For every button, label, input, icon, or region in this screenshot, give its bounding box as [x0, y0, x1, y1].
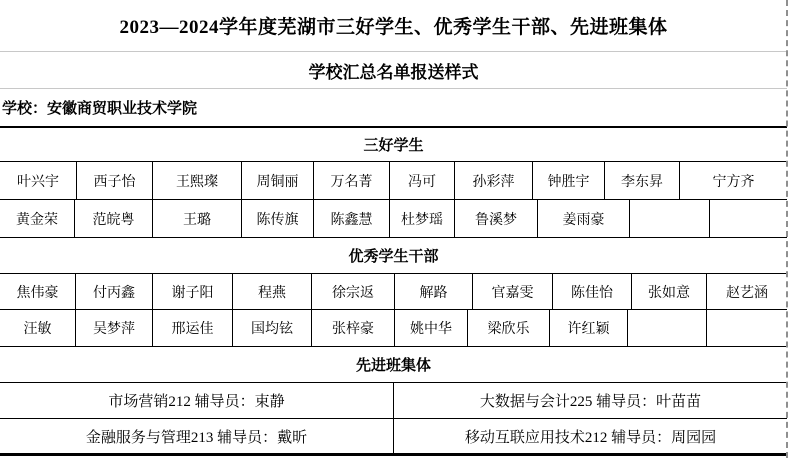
document-subtitle: 学校汇总名单报送样式 [0, 52, 787, 89]
empty-cell [630, 200, 710, 237]
student-name-cell: 吴梦萍 [76, 310, 153, 346]
class-cell: 大数据与会计225 辅导员：叶苗苗 [394, 383, 787, 418]
student-name-cell: 鲁溪梦 [455, 200, 538, 237]
student-name-cell: 杜梦瑶 [390, 200, 455, 237]
school-line: 学校：安徽商贸职业技术学院 [0, 89, 787, 128]
student-name-cell: 万名菁 [314, 162, 390, 199]
student-name-cell: 邢运佳 [153, 310, 233, 346]
section-header-banjiti: 先进班集体 [0, 347, 787, 383]
student-row: 叶兴宇 西子怡 王熙璨 周铜丽 万名菁 冯可 孙彩萍 钟胜宇 李东昇 宁方齐 [0, 162, 787, 200]
summary-table: 2023—2024学年度芜湖市三好学生、优秀学生干部、先进班集体 学校汇总名单报… [0, 0, 787, 456]
student-name-cell: 陈鑫慧 [314, 200, 390, 237]
student-name-cell: 赵艺涵 [707, 274, 787, 309]
student-name-cell: 徐宗返 [312, 274, 395, 309]
class-cell: 金融服务与管理213 辅导员：戴昕 [0, 419, 394, 453]
class-row: 金融服务与管理213 辅导员：戴昕 移动互联应用技术212 辅导员：周园园 [0, 419, 787, 456]
student-row: 汪敏 吴梦萍 邢运佳 国均铉 张梓豪 姚中华 梁欣乐 许红颖 [0, 310, 787, 347]
student-name-cell: 程燕 [233, 274, 312, 309]
student-name-cell: 王熙璨 [153, 162, 242, 199]
student-row: 黄金荣 范皖粤 王璐 陈传旗 陈鑫慧 杜梦瑶 鲁溪梦 姜雨豪 [0, 200, 787, 238]
empty-cell [707, 310, 787, 346]
class-row: 市场营销212 辅导员：束静 大数据与会计225 辅导员：叶苗苗 [0, 383, 787, 419]
student-name-cell: 陈传旗 [242, 200, 314, 237]
student-name-cell: 西子怡 [77, 162, 153, 199]
student-name-cell: 付丙鑫 [76, 274, 153, 309]
student-name-cell: 冯可 [390, 162, 455, 199]
student-name-cell: 叶兴宇 [0, 162, 77, 199]
student-name-cell: 王璐 [153, 200, 242, 237]
student-name-cell: 张梓豪 [312, 310, 395, 346]
section-header-sanhao: 三好学生 [0, 128, 787, 162]
student-row: 焦伟豪 付丙鑫 谢子阳 程燕 徐宗返 解路 官嘉雯 陈佳怡 张如意 赵艺涵 [0, 274, 787, 310]
student-name-cell: 张如意 [632, 274, 707, 309]
student-name-cell: 官嘉雯 [473, 274, 553, 309]
student-name-cell: 解路 [395, 274, 473, 309]
section-header-ganbu: 优秀学生干部 [0, 238, 787, 274]
empty-cell [710, 200, 787, 237]
student-name-cell: 国均铉 [233, 310, 312, 346]
student-name-cell: 黄金荣 [0, 200, 75, 237]
document-title: 2023—2024学年度芜湖市三好学生、优秀学生干部、先进班集体 [0, 0, 787, 52]
student-name-cell: 周铜丽 [242, 162, 314, 199]
student-name-cell: 陈佳怡 [553, 274, 632, 309]
student-name-cell: 宁方齐 [680, 162, 787, 199]
student-name-cell: 谢子阳 [153, 274, 233, 309]
student-name-cell: 姜雨豪 [538, 200, 630, 237]
student-name-cell: 汪敏 [0, 310, 76, 346]
page-boundary-dashed-line [786, 0, 788, 458]
empty-cell [628, 310, 707, 346]
student-name-cell: 姚中华 [395, 310, 468, 346]
student-name-cell: 孙彩萍 [455, 162, 533, 199]
student-name-cell: 许红颖 [550, 310, 628, 346]
student-name-cell: 焦伟豪 [0, 274, 76, 309]
class-cell: 市场营销212 辅导员：束静 [0, 383, 394, 418]
class-cell: 移动互联应用技术212 辅导员：周园园 [394, 419, 787, 453]
student-name-cell: 范皖粤 [75, 200, 153, 237]
student-name-cell: 李东昇 [605, 162, 680, 199]
student-name-cell: 钟胜宇 [533, 162, 605, 199]
document-page: 2023—2024学年度芜湖市三好学生、优秀学生干部、先进班集体 学校汇总名单报… [0, 0, 790, 461]
student-name-cell: 梁欣乐 [468, 310, 550, 346]
